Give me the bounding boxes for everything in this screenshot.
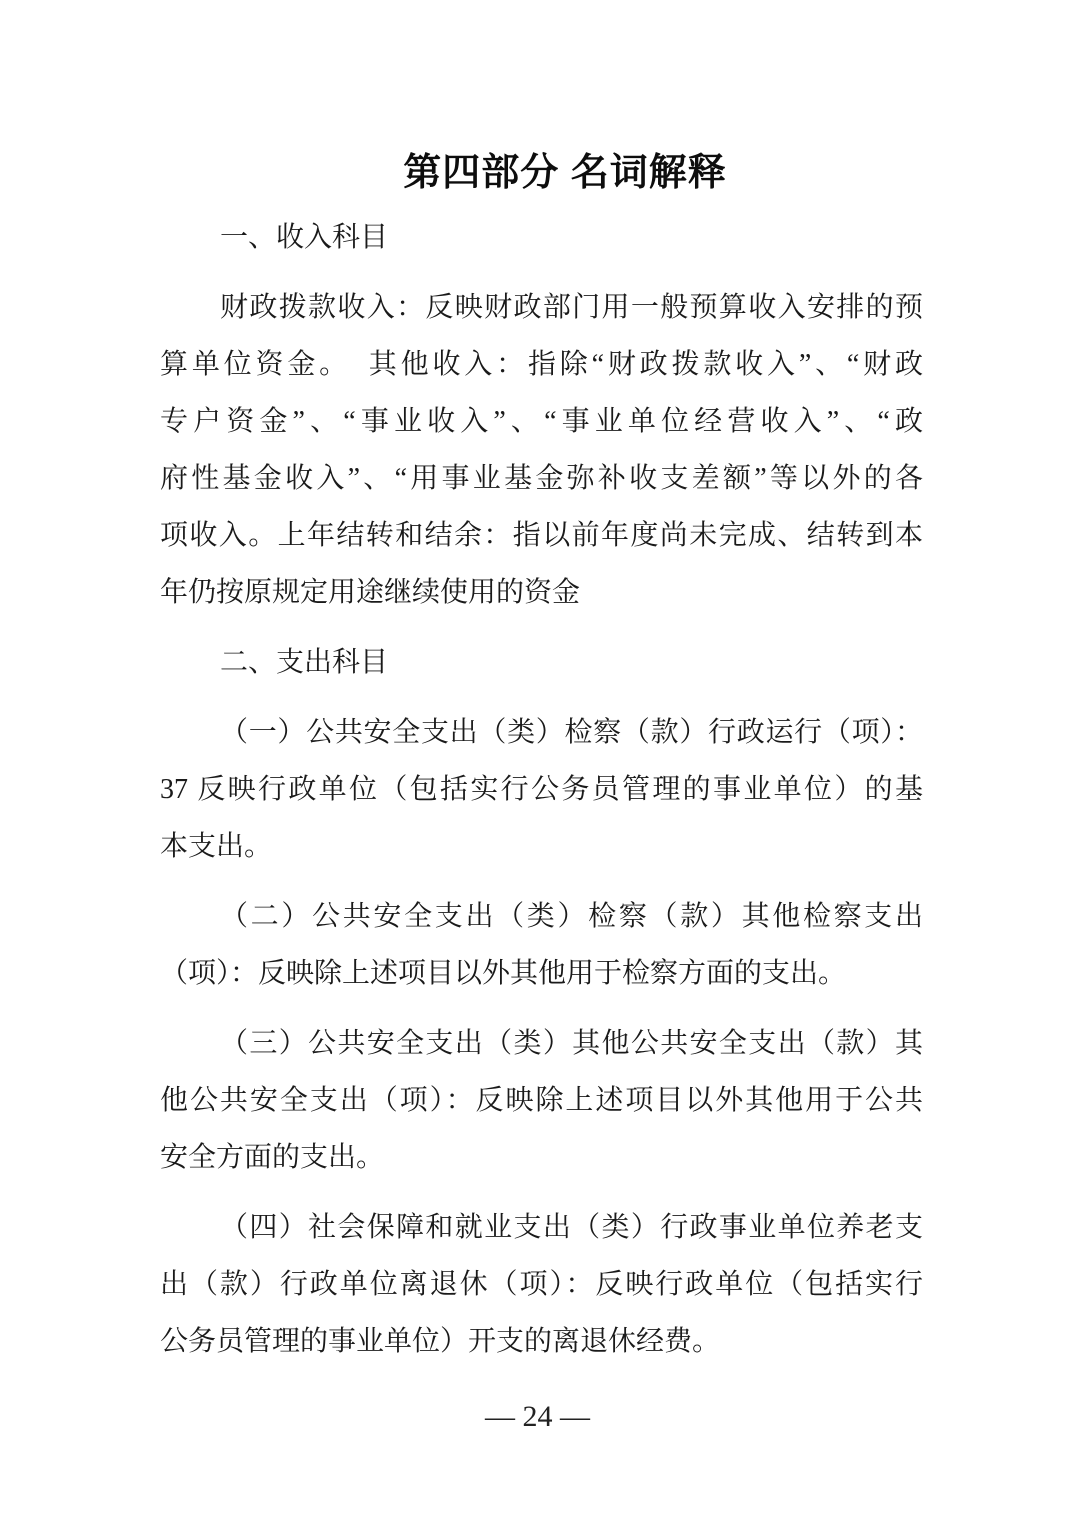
text-line: （项）：反映除上述项目以外其他用于检察方面的支出。 (160, 945, 923, 1002)
expense-item-4: （四）社会保障和就业支出（类）行政事业单位养老支出（款）行政单位离退休（项）：反… (160, 1199, 923, 1370)
text-line: 二、支出科目 (160, 634, 923, 691)
text-line: （一）公共安全支出（类）检察（款）行政运行（项）： (160, 704, 923, 761)
text-line: 37 反映行政单位（包括实行公务员管理的事业单位）的基 (160, 761, 923, 818)
text-line: 算单位资金。 其他收入：指除“财政拨款收入”、“财政 (160, 336, 923, 393)
text-line: 府性基金收入”、“用事业基金弥补收支差额”等以外的各 (160, 450, 923, 507)
text-line: （三）公共安全支出（类）其他公共安全支出（款）其 (160, 1015, 923, 1072)
income-subjects-body: 财政拨款收入：反映财政部门用一般预算收入安排的预算单位资金。 其他收入：指除“财… (160, 279, 923, 621)
text-line: 专户资金”、“事业收入”、“事业单位经营收入”、“政 (160, 393, 923, 450)
document-page: 第四部分 名词解释 一、收入科目财政拨款收入：反映财政部门用一般预算收入安排的预… (0, 0, 1075, 1520)
expense-item-3: （三）公共安全支出（类）其他公共安全支出（款）其他公共安全支出（项）：反映除上述… (160, 1015, 923, 1186)
text-line: 一、收入科目 (160, 209, 923, 266)
text-line: （二）公共安全支出（类）检察（款）其他检察支出 (160, 888, 923, 945)
text-line: 财政拨款收入：反映财政部门用一般预算收入安排的预 (160, 279, 923, 336)
expense-item-1: （一）公共安全支出（类）检察（款）行政运行（项）：37 反映行政单位（包括实行公… (160, 704, 923, 875)
text-line: 安全方面的支出。 (160, 1129, 923, 1186)
page-footer: — 24 — (0, 1399, 1075, 1435)
text-line: 公务员管理的事业单位）开支的离退休经费。 (160, 1313, 923, 1370)
text-line: （四）社会保障和就业支出（类）行政事业单位养老支 (160, 1199, 923, 1256)
text-line: 出（款）行政单位离退休（项）：反映行政单位（包括实行 (160, 1256, 923, 1313)
income-subjects-heading: 一、收入科目 (160, 209, 923, 266)
text-line: 年仍按原规定用途继续使用的资金 (160, 564, 923, 621)
expense-item-2: （二）公共安全支出（类）检察（款）其他检察支出（项）：反映除上述项目以外其他用于… (160, 888, 923, 1002)
document-body: 一、收入科目财政拨款收入：反映财政部门用一般预算收入安排的预算单位资金。 其他收… (160, 209, 923, 1370)
page-title: 第四部分 名词解释 (0, 0, 1075, 196)
page-number: — 24 — (485, 1400, 590, 1433)
text-line: 本支出。 (160, 818, 923, 875)
text-line: 他公共安全支出（项）：反映除上述项目以外其他用于公共 (160, 1072, 923, 1129)
text-line: 项收入。上年结转和结余：指以前年度尚未完成、结转到本 (160, 507, 923, 564)
expense-subjects-heading: 二、支出科目 (160, 634, 923, 691)
